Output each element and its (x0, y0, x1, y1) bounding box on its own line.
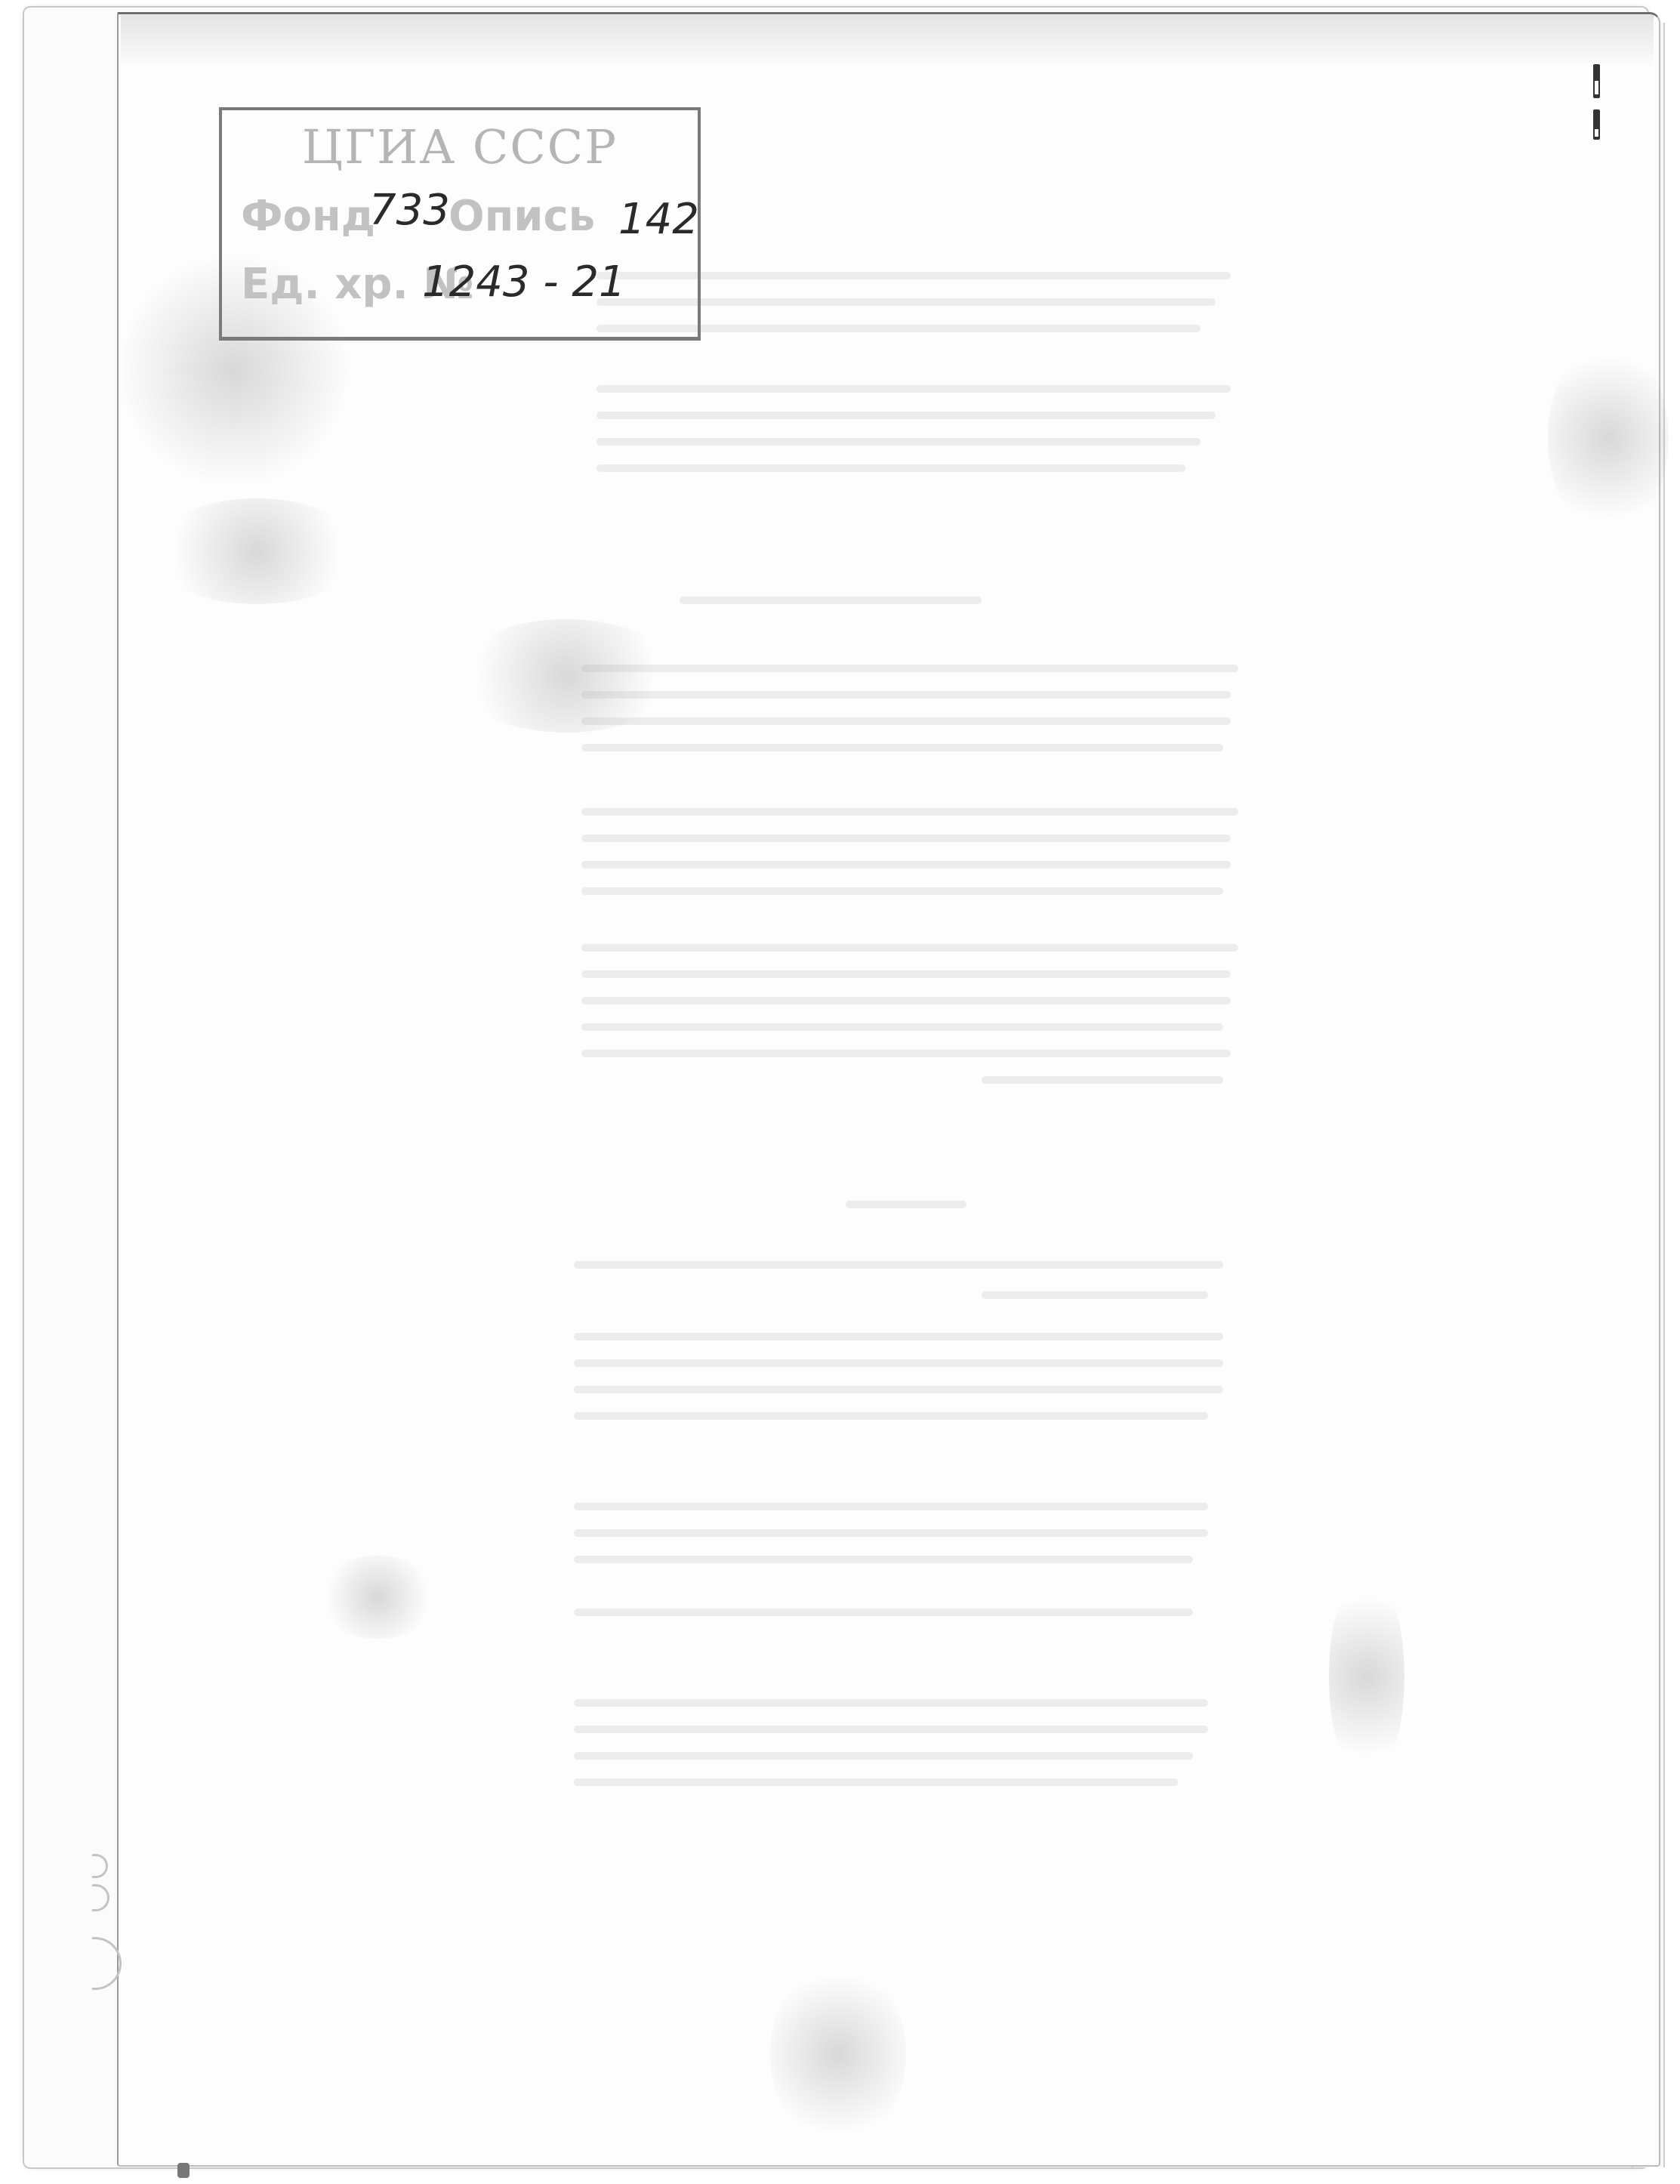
stamp-opis-number: 142 (618, 195, 699, 244)
stamp-archive-name: ЦГИА СССР (222, 119, 698, 174)
staple-icon (1593, 110, 1600, 140)
stain (453, 619, 680, 733)
stain (770, 1963, 906, 2145)
top-water-stain (121, 15, 1654, 68)
stamp-fond-label: Фонд (241, 192, 375, 241)
scan-speck (177, 2163, 190, 2178)
stain (317, 1556, 438, 1639)
stamp-opis-label: Опись (449, 192, 595, 241)
archive-stamp: ЦГИА СССР Фонд 733 Опись 142 Ед. хр. № 1… (219, 107, 701, 341)
stain (1548, 340, 1669, 536)
staple-icon (1593, 64, 1600, 98)
stamp-fond-number: 733 (369, 186, 450, 235)
stamp-item-number: 1243 - 21 (422, 258, 626, 307)
stain (1329, 1571, 1404, 1782)
stain (151, 498, 362, 604)
